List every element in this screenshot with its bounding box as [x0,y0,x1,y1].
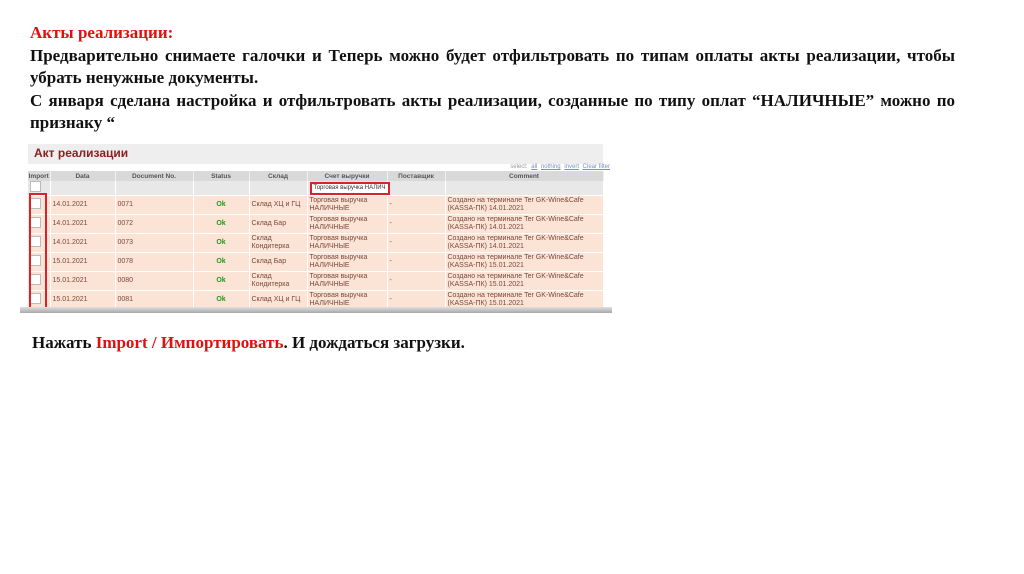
select-nothing-link[interactable]: nothing [541,164,561,170]
column-header[interactable]: Поставщик [387,171,445,181]
date-cell: 14.01.2021 [50,234,115,253]
sklad-cell: Склад Бар [249,215,307,234]
supplier-cell: - [387,234,445,253]
table-header-row: ImportDataDocument No.StatusСкладСчет вы… [28,171,603,181]
select-invert-link[interactable]: invert [564,164,579,170]
comment-cell: Создано на терминале Ter GK-Wine&Cafe (K… [445,215,603,234]
import-column-highlight [29,193,47,312]
account-cell: Торговая выручка НАЛИЧНЫЕ [307,272,387,291]
panel-title: Акт реализации [34,146,128,160]
status-cell: Ok [193,215,249,234]
status-cell: Ok [193,196,249,215]
select-all-checkbox[interactable] [30,181,41,192]
column-header[interactable]: Document No. [115,171,193,181]
select-links: select: all nothing invert Clear filter [510,164,610,170]
clear-filter-link[interactable]: Clear filter [583,164,610,170]
supplier-cell: - [387,215,445,234]
supplier-cell: - [387,272,445,291]
table-row[interactable]: 14.01.20210073OkСклад КондитеркаТорговая… [28,234,603,253]
instruction-text-block: Акты реализации: Предварительно снимаете… [30,22,955,135]
instruction-before: Нажать [32,333,96,352]
table-row[interactable]: 14.01.20210072OkСклад БарТорговая выручк… [28,215,603,234]
account-cell: Торговая выручка НАЛИЧНЫЕ [307,215,387,234]
column-header[interactable]: Счет выручки [307,171,387,181]
sklad-cell: Склад Кондитерка [249,234,307,253]
date-cell: 15.01.2021 [50,272,115,291]
doc-number-cell: 0080 [115,272,193,291]
instruction-after: . И дождаться загрузки. [283,333,464,352]
documents-table: ImportDataDocument No.StatusСкладСчет вы… [28,171,604,310]
select-label: select: [510,164,527,170]
supplier-cell: - [387,196,445,215]
sklad-cell: Склад Кондитерка [249,272,307,291]
doc-number-cell: 0071 [115,196,193,215]
horizontal-scrollbar[interactable] [20,307,612,313]
column-header[interactable]: Data [50,171,115,181]
table-row[interactable]: 15.01.20210078OkСклад БарТорговая выручк… [28,253,603,272]
status-cell: Ok [193,272,249,291]
comment-cell: Создано на терминале Ter GK-Wine&Cafe (K… [445,196,603,215]
panel-header: Акт реализации [28,144,603,164]
date-cell: 15.01.2021 [50,253,115,272]
section-heading: Акты реализации: [30,22,955,45]
comment-cell: Создано на терминале Ter GK-Wine&Cafe (K… [445,234,603,253]
select-all-link[interactable]: all [531,164,537,170]
doc-number-cell: 0072 [115,215,193,234]
column-header[interactable]: Import [28,171,50,181]
status-cell: Ok [193,234,249,253]
paragraph-uncheck: Предварительно снимаете галочки и Теперь… [30,45,955,90]
paragraph-filter: С января сделана настройка и отфильтрова… [30,90,955,135]
column-header[interactable]: Comment [445,171,603,181]
account-cell: Торговая выручка НАЛИЧНЫЕ [307,234,387,253]
status-cell: Ok [193,253,249,272]
doc-number-cell: 0073 [115,234,193,253]
table-row[interactable]: 14.01.20210071OkСклад ХЦ и ГЦТорговая вы… [28,196,603,215]
date-cell: 14.01.2021 [50,196,115,215]
doc-number-cell: 0078 [115,253,193,272]
table-row[interactable]: 15.01.20210080OkСклад КондитеркаТорговая… [28,272,603,291]
sklad-cell: Склад ХЦ и ГЦ [249,196,307,215]
column-header[interactable]: Status [193,171,249,181]
supplier-cell: - [387,253,445,272]
embedded-screenshot: Акт реализации select: all nothing inver… [20,142,612,317]
account-filter-input[interactable]: Торговая выручка НАЛИЧ [310,182,390,195]
filter-account-cell: Торговая выручка НАЛИЧ [307,181,387,196]
sklad-cell: Склад Бар [249,253,307,272]
filter-row: Торговая выручка НАЛИЧ [28,181,603,196]
column-header[interactable]: Склад [249,171,307,181]
account-cell: Торговая выручка НАЛИЧНЫЕ [307,253,387,272]
comment-cell: Создано на терминале Ter GK-Wine&Cafe (K… [445,253,603,272]
comment-cell: Создано на терминале Ter GK-Wine&Cafe (K… [445,272,603,291]
import-instruction: Нажать Import / Импортировать. И дождать… [32,333,465,353]
import-button-reference: Import / Импортировать [96,333,284,352]
date-cell: 14.01.2021 [50,215,115,234]
account-cell: Торговая выручка НАЛИЧНЫЕ [307,196,387,215]
